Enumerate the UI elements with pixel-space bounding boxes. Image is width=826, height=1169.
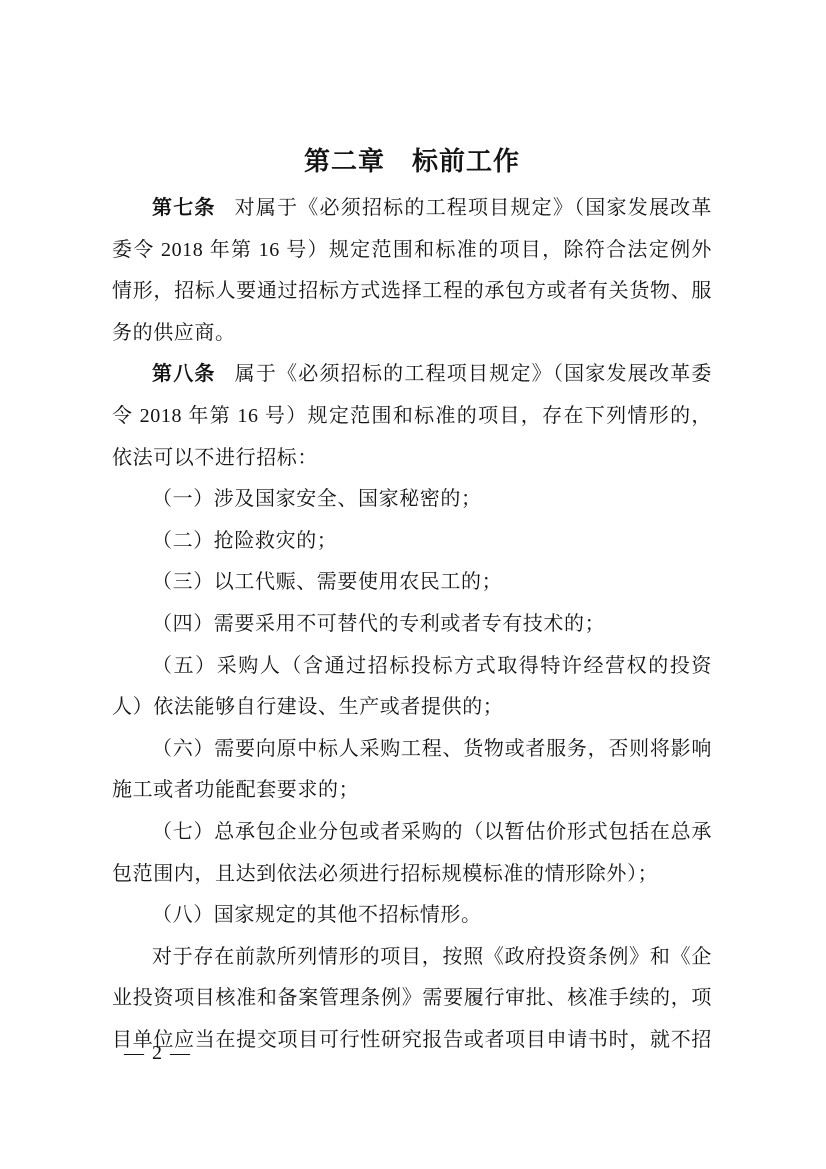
list-item-4: （四）需要采用不可替代的专利或者专有技术的； [112,604,712,646]
list-item-3: （三）以工代赈、需要使用农民工的； [112,562,712,604]
closing-paragraph: 对于存在前款所列情形的项目，按照《政府投资条例》和《企业投资项目核准和备案管理条… [112,937,712,1062]
page-number: — 2 — [124,1042,192,1064]
list-item-8: （八）国家规定的其他不招标情形。 [112,895,712,937]
list-item-1: （一）涉及国家安全、国家秘密的； [112,479,712,521]
article-8-number: 第八条 [152,363,216,385]
list-item-6: （六）需要向原中标人采购工程、货物或者服务，否则将影响施工或者功能配套要求的； [112,729,712,812]
document-page: 第二章 标前工作 第七条对属于《必须招标的工程项目规定》（国家发展改革委令 20… [0,0,826,1169]
article-8-paragraph: 第八条属于《必须招标的工程项目规定》（国家发展改革委令 2018 年第 16 号… [112,354,712,479]
chapter-title: 第二章 标前工作 [112,147,712,175]
article-7-number: 第七条 [152,197,216,219]
article-7-text: 对属于《必须招标的工程项目规定》（国家发展改革委令 2018 年第 16 号）规… [112,197,712,344]
document-body: 第二章 标前工作 第七条对属于《必须招标的工程项目规定》（国家发展改革委令 20… [112,147,712,1061]
list-item-5: （五）采购人（含通过招标投标方式取得特许经营权的投资人）依法能够自行建设、生产或… [112,646,712,729]
list-item-7: （七）总承包企业分包或者采购的（以暂估价形式包括在总承包范围内，且达到依法必须进… [112,812,712,895]
article-7-paragraph: 第七条对属于《必须招标的工程项目规定》（国家发展改革委令 2018 年第 16 … [112,188,712,354]
list-item-2: （二）抢险救灾的； [112,521,712,563]
